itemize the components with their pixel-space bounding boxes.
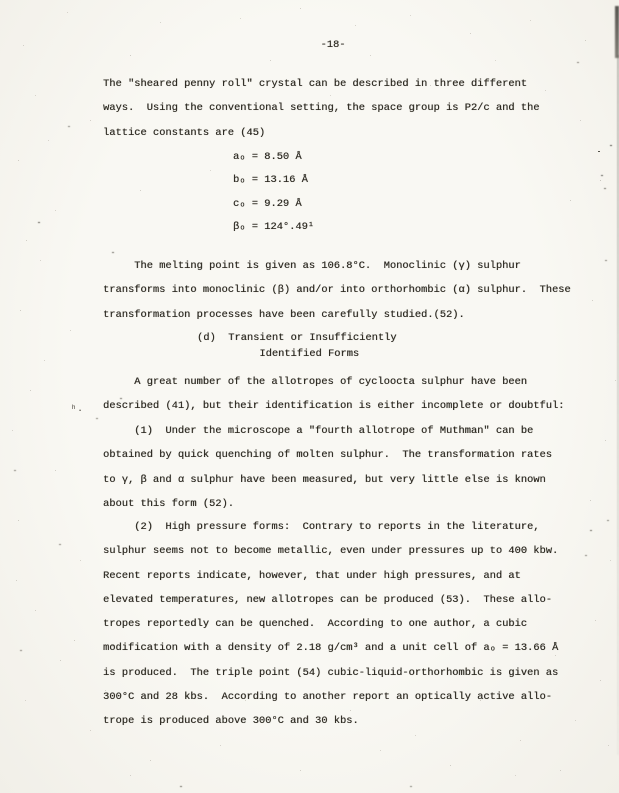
text-line: Recent reports indicate, however, that u… <box>103 564 558 588</box>
text-line: (2) High pressure forms: Contrary to rep… <box>103 515 558 539</box>
heading-line: (d) Transient or Insufficiently <box>197 330 397 346</box>
section-heading: (d) Transient or Insufficiently Identifi… <box>197 330 397 363</box>
text-line: described (41), but their identification… <box>103 394 564 418</box>
text-line: to γ, β and α sulphur have been measured… <box>103 468 552 492</box>
text-line: obtained by quick quenching of molten su… <box>103 443 552 467</box>
text-line: elevated temperatures, new allotropes ca… <box>103 588 558 612</box>
paragraph-melting-point: The melting point is given as 106.8°C. M… <box>103 254 571 327</box>
text-line: ways. Using the conventional setting, th… <box>103 96 539 120</box>
heading-line: Identified Forms <box>197 346 397 362</box>
text-line: about this form (52). <box>103 492 552 516</box>
text-line: modification with a density of 2.18 g/cm… <box>103 636 558 660</box>
text-line: transformation processes have been caref… <box>103 303 571 327</box>
equation-line: βₒ = 124°.49¹ <box>233 216 314 239</box>
text-line: is produced. The triple point (54) cubic… <box>103 661 558 685</box>
text-line: 300°C and 28 kbs. According to another r… <box>103 685 558 709</box>
paragraph-allotropes: A great number of the allotropes of cycl… <box>103 370 564 419</box>
scan-edge-mark <box>615 6 619 58</box>
text-line: transforms into monoclinic (β) and/or in… <box>103 278 571 302</box>
text-line: trope is produced above 300°C and 30 kbs… <box>103 709 558 733</box>
equation-line: bₒ = 13.16 Å <box>233 169 314 192</box>
scanned-document-page: -18- The "sheared penny roll" crystal ca… <box>0 0 619 793</box>
margin-artifact: ʰ. <box>71 404 84 414</box>
text-line: lattice constants are (45) <box>103 121 539 145</box>
text-line: tropes reportedly can be quenched. Accor… <box>103 612 558 636</box>
paragraph-intro: The "sheared penny roll" crystal can be … <box>103 72 539 145</box>
text-line: The "sheared penny roll" crystal can be … <box>103 72 539 96</box>
paragraph-item-2: (2) High pressure forms: Contrary to rep… <box>103 515 558 734</box>
page-number: -18- <box>103 33 563 57</box>
equation-line: aₒ = 8.50 Å <box>233 146 314 169</box>
text-line: The melting point is given as 106.8°C. M… <box>103 254 571 278</box>
text-line: A great number of the allotropes of cycl… <box>103 370 564 394</box>
lattice-constants-equations: aₒ = 8.50 Å bₒ = 13.16 Å cₒ = 9.29 Å βₒ … <box>233 146 314 240</box>
paragraph-item-1: (1) Under the microscope a "fourth allot… <box>103 419 552 517</box>
equation-line: cₒ = 9.29 Å <box>233 193 314 216</box>
text-line: (1) Under the microscope a "fourth allot… <box>103 419 552 443</box>
scan-speckles-dark <box>0 0 2 1</box>
text-line: sulphur seems not to become metallic, ev… <box>103 539 558 563</box>
